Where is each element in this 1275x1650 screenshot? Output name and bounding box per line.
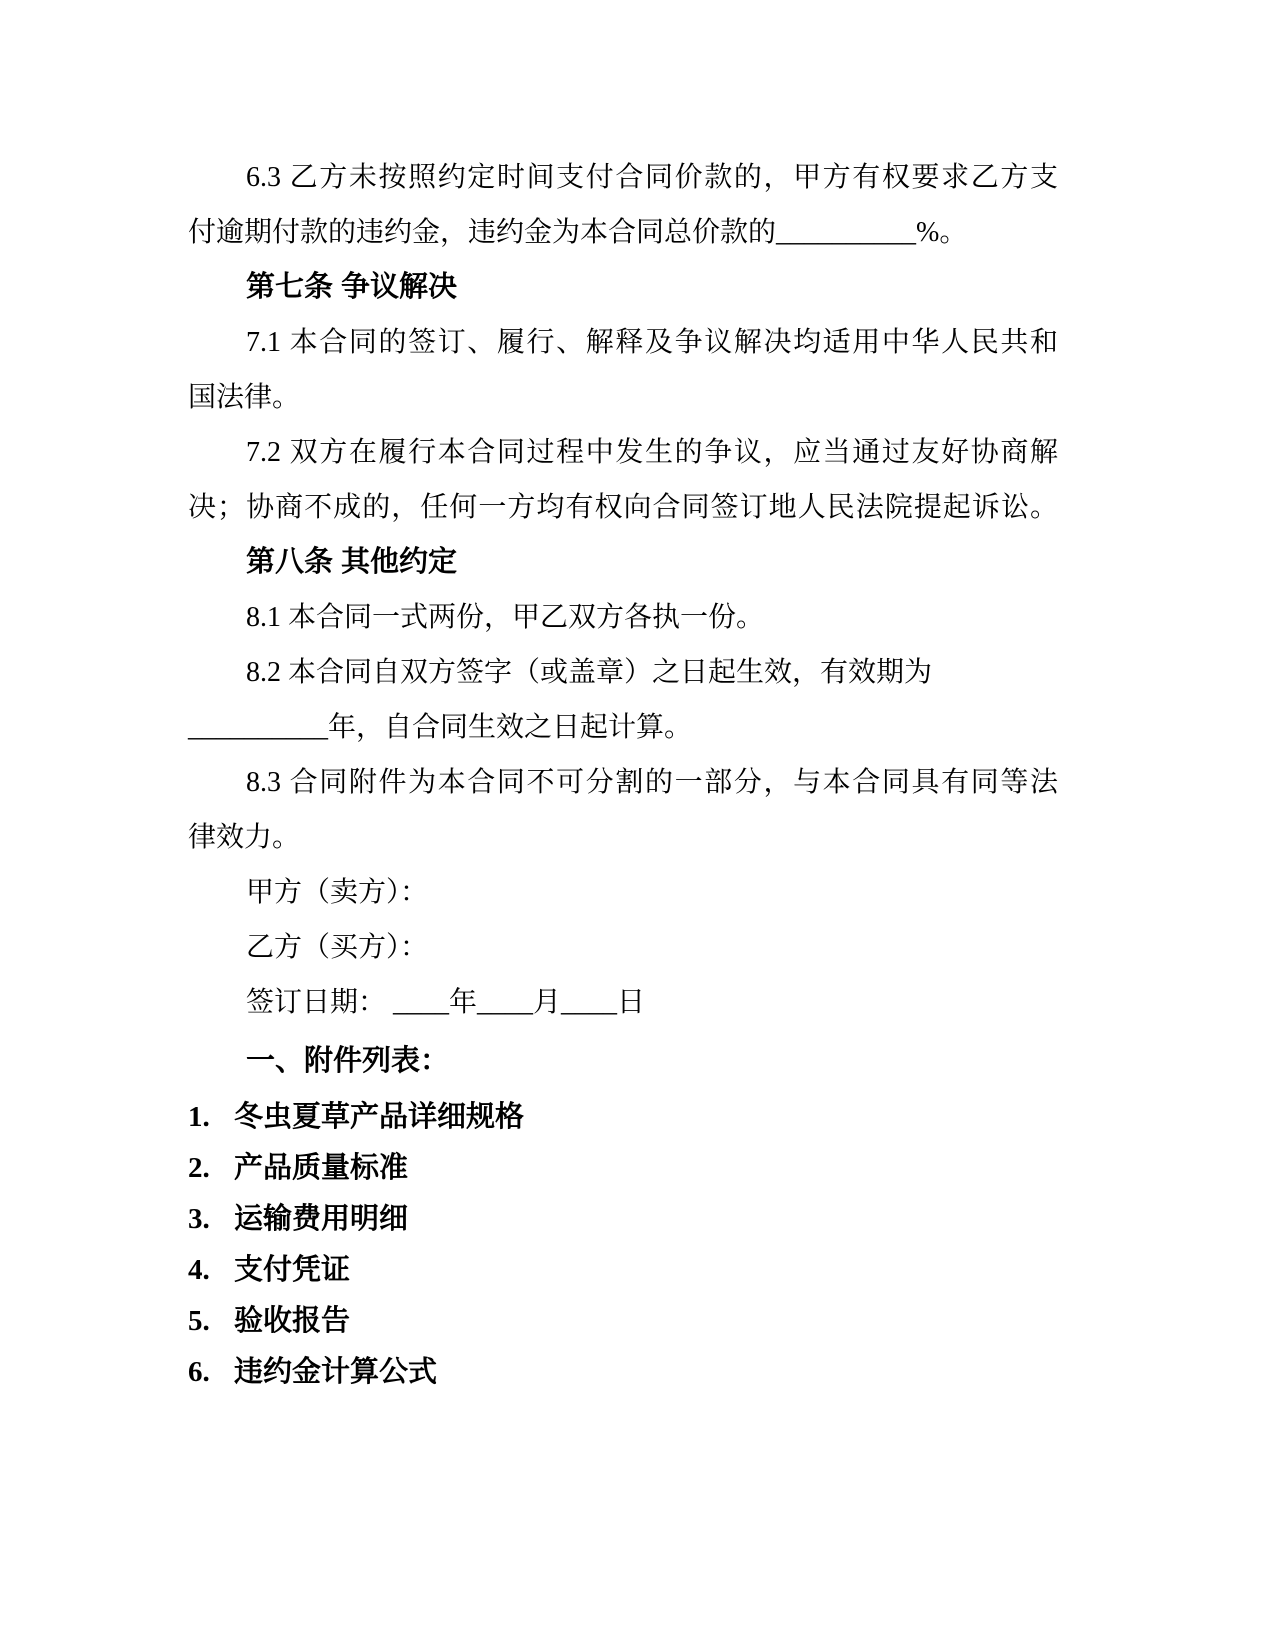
attachment-item-label: 违约金计算公式 — [234, 1356, 437, 1388]
attachment-item: 5.验收报告 — [188, 1296, 1058, 1347]
attachment-item-label: 运输费用明细 — [234, 1203, 408, 1235]
attachment-item-label: 支付凭证 — [234, 1254, 350, 1286]
attachment-item: 2.产品质量标准 — [188, 1143, 1058, 1194]
attachment-item-number: 4. — [188, 1245, 234, 1296]
attachment-item-number: 2. — [188, 1143, 234, 1194]
clause-7-1-line-2: 国法律。 — [188, 370, 1058, 425]
clause-7-1-line-1: 7.1 本合同的签订、履行、解释及争议解决均适用中华人民共和 — [188, 315, 1058, 370]
attachment-item-label: 验收报告 — [234, 1305, 350, 1337]
party-a-seller-line: 甲方（卖方）： — [188, 865, 1058, 920]
article-7-heading: 第七条 争议解决 — [188, 260, 1058, 315]
party-b-buyer-line: 乙方（买方）： — [188, 920, 1058, 975]
clause-8-3-line-1: 8.3 合同附件为本合同不可分割的一部分，与本合同具有同等法 — [188, 755, 1058, 810]
article-8-heading: 第八条 其他约定 — [188, 535, 1058, 590]
attachment-list-heading: 一、附件列表： — [188, 1030, 1058, 1092]
clause-6-3-line-1: 6.3 乙方未按照约定时间支付合同价款的，甲方有权要求乙方支 — [188, 150, 1058, 205]
clause-8-3-line-2: 律效力。 — [188, 810, 1058, 865]
clause-7-2-line-1: 7.2 双方在履行本合同过程中发生的争议，应当通过友好协商解 — [188, 425, 1058, 480]
contract-page: 6.3 乙方未按照约定时间支付合同价款的，甲方有权要求乙方支 付逾期付款的违约金… — [0, 0, 1275, 1650]
attachment-item: 1.冬虫夏草产品详细规格 — [188, 1092, 1058, 1143]
clause-8-2-line-2: __________年，自合同生效之日起计算。 — [188, 700, 1058, 755]
attachment-item-label: 产品质量标准 — [234, 1152, 408, 1184]
attachment-item-number: 1. — [188, 1092, 234, 1143]
attachment-item-number: 5. — [188, 1296, 234, 1347]
clause-8-2-line-1: 8.2 本合同自双方签字（或盖章）之日起生效，有效期为 — [188, 645, 1058, 700]
attachment-item: 4.支付凭证 — [188, 1245, 1058, 1296]
attachment-item-number: 6. — [188, 1347, 234, 1398]
clause-8-1: 8.1 本合同一式两份，甲乙双方各执一份。 — [188, 590, 1058, 645]
attachment-item-label: 冬虫夏草产品详细规格 — [234, 1101, 524, 1133]
attachment-item-number: 3. — [188, 1194, 234, 1245]
attachment-item: 3.运输费用明细 — [188, 1194, 1058, 1245]
sign-date-line: 签订日期： ____年____月____日 — [188, 975, 1058, 1030]
attachment-item: 6.违约金计算公式 — [188, 1347, 1058, 1398]
clause-6-3-line-2: 付逾期付款的违约金，违约金为本合同总价款的__________%。 — [188, 205, 1058, 260]
clause-7-2-line-2: 决；协商不成的，任何一方均有权向合同签订地人民法院提起诉讼。 — [188, 480, 1058, 535]
